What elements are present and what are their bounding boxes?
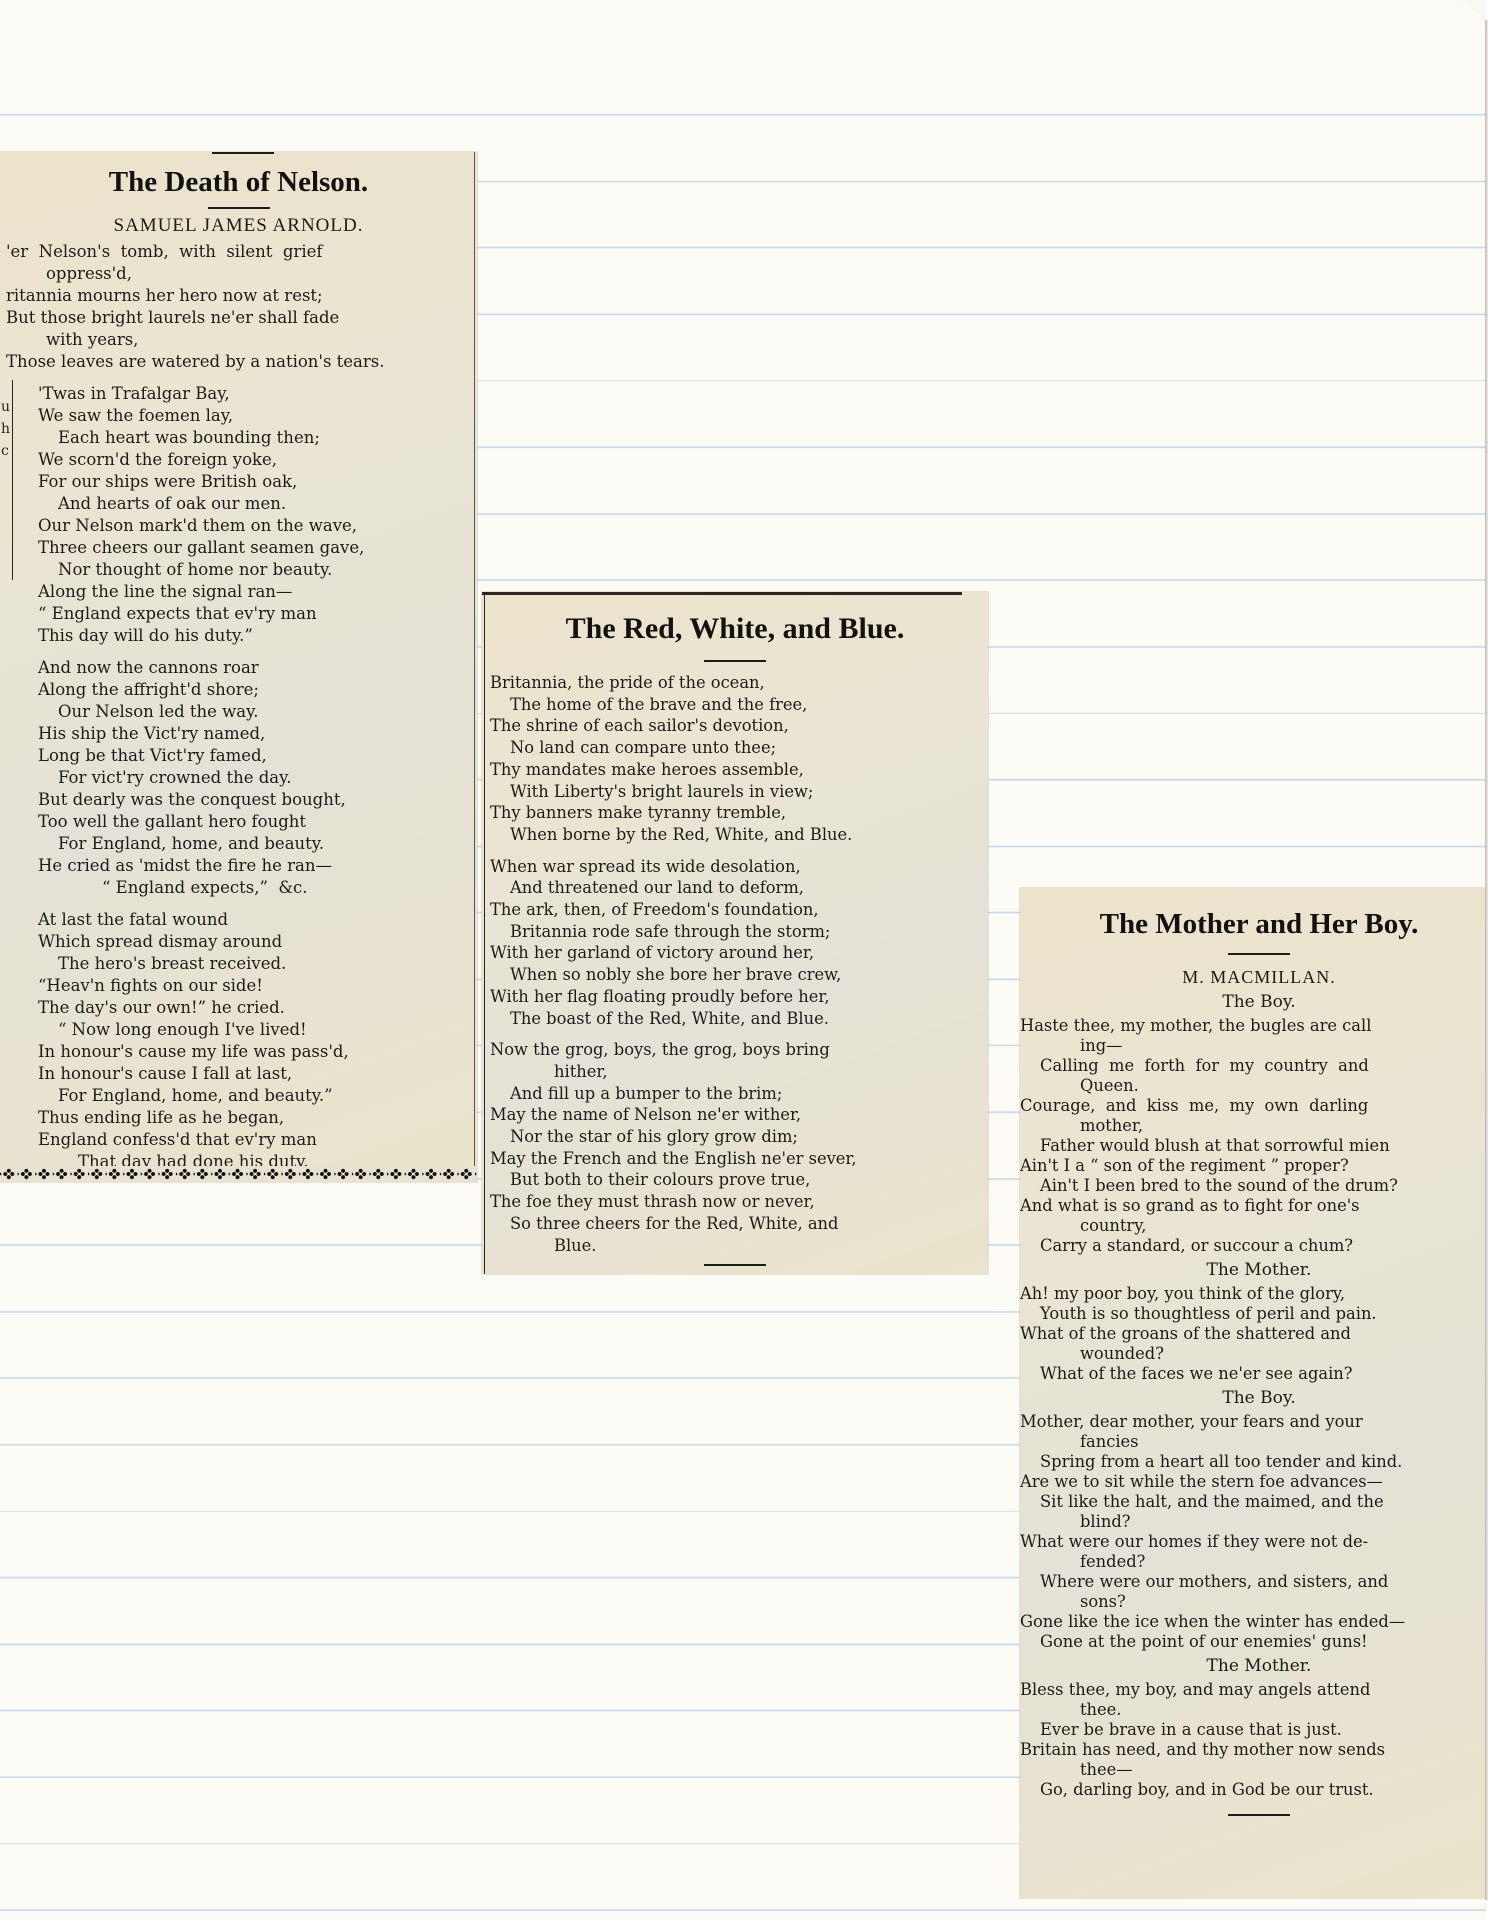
- speaker-heading: The Boy.: [1020, 990, 1498, 1014]
- poem-line: Britain has need, and thy mother now sen…: [1020, 1740, 1498, 1760]
- poem-body: 'er Nelson's tomb, with silent griefoppr…: [0, 241, 477, 1173]
- column-rule: [12, 380, 13, 580]
- poem-line: We saw the foemen lay,: [38, 405, 477, 427]
- poem-line: 'Twas in Trafalgar Bay,: [38, 383, 477, 405]
- poem-line: The ark, then, of Freedom's foundation,: [490, 899, 988, 921]
- poem-line: Each heart was bounding then;: [38, 427, 477, 449]
- poem-line: “ England expects that ev'ry man: [38, 603, 477, 625]
- stanza: Bless thee, my boy, and may angels atten…: [1020, 1680, 1498, 1800]
- stanza: When war spread its wide desolation,And …: [490, 856, 988, 1030]
- poem-line: Haste thee, my mother, the bugles are ca…: [1020, 1016, 1498, 1036]
- poem-line: blind?: [1020, 1512, 1498, 1532]
- poem-line: The shrine of each sailor's devotion,: [490, 715, 988, 737]
- poem-line: England confess'd that ev'ry man: [38, 1129, 477, 1151]
- poem-line: fancies: [1020, 1432, 1498, 1452]
- poem-line: With Liberty's bright laurels in view;: [490, 781, 988, 803]
- poem-line: For our ships were British oak,: [38, 471, 477, 493]
- poem-line: He cried as 'midst the fire he ran—: [38, 855, 477, 877]
- page-edge-shadow: [1485, 20, 1488, 1900]
- speaker-heading: The Boy.: [1020, 1386, 1498, 1410]
- clipping-death-of-nelson: u h c The Death of Nelson. SAMUEL JAMES …: [0, 152, 477, 1182]
- top-rule: [482, 592, 962, 595]
- poem-line: ing—: [1020, 1036, 1498, 1056]
- poem-title: The Red, White, and Blue.: [482, 612, 988, 646]
- poem-line: Britannia, the pride of the ocean,: [490, 672, 988, 694]
- poem-line: Father would blush at that sorrowful mie…: [1020, 1136, 1498, 1156]
- poem-line: In honour's cause I fall at last,: [38, 1063, 477, 1085]
- stanza: Ah! my poor boy, you think of the glory,…: [1020, 1284, 1498, 1384]
- poem-line: Blue.: [490, 1235, 988, 1257]
- poem-line: Too well the gallant hero fought: [38, 811, 477, 833]
- poem-line: fended?: [1020, 1552, 1498, 1572]
- poem-line: What of the faces we ne'er see again?: [1020, 1364, 1498, 1384]
- stanza: Haste thee, my mother, the bugles are ca…: [1020, 1016, 1498, 1256]
- margin-fragment: h: [1, 421, 10, 437]
- poem-line: 'er Nelson's tomb, with silent grief: [6, 241, 477, 263]
- poem-line: Gone like the ice when the winter has en…: [1020, 1612, 1498, 1632]
- poem-line: Those leaves are watered by a nation's t…: [6, 351, 477, 373]
- poem-line: Gone at the point of our enemies' guns!: [1020, 1632, 1498, 1652]
- poem-line: Mother, dear mother, your fears and your: [1020, 1412, 1498, 1432]
- clipping-mother-and-her-boy: The Mother and Her Boy. M. MACMILLAN. Th…: [1020, 888, 1498, 1898]
- clipping-red-white-and-blue: The Red, White, and Blue. Britannia, the…: [482, 592, 988, 1274]
- ornamental-border: [0, 1166, 477, 1182]
- poem-line: “Heav'n fights on our side!: [38, 975, 477, 997]
- poem-line: Sit like the halt, and the maimed, and t…: [1020, 1492, 1498, 1512]
- poem-line: The day's our own!” he cried.: [38, 997, 477, 1019]
- poem-line: Where were our mothers, and sisters, and: [1020, 1572, 1498, 1592]
- poem-line: Spring from a heart all too tender and k…: [1020, 1452, 1498, 1472]
- poem-line: hither,: [490, 1061, 988, 1083]
- poem-line: thee.: [1020, 1700, 1498, 1720]
- poem-line: And now the cannons roar: [38, 657, 477, 679]
- poem-line: Thus ending life as he began,: [38, 1107, 477, 1129]
- poem-line: When borne by the Red, White, and Blue.: [490, 824, 988, 846]
- poem-line: Three cheers our gallant seamen gave,: [38, 537, 477, 559]
- poem-line: Youth is so thoughtless of peril and pai…: [1020, 1304, 1498, 1324]
- poem-line: Along the line the signal ran—: [38, 581, 477, 603]
- stanza: And now the cannons roarAlong the affrig…: [38, 657, 477, 899]
- poem-line: But both to their colours prove true,: [490, 1169, 988, 1191]
- poem-line: No land can compare unto thee;: [490, 737, 988, 759]
- poem-line: Ain't I a “ son of the regiment ” proper…: [1020, 1156, 1498, 1176]
- poem-line: But dearly was the conquest bought,: [38, 789, 477, 811]
- poem-line: Which spread dismay around: [38, 931, 477, 953]
- poem-line: So three cheers for the Red, White, and: [490, 1213, 988, 1235]
- poem-line: “ Now long enough I've lived!: [38, 1019, 477, 1041]
- poem-line: But those bright laurels ne'er shall fad…: [6, 307, 477, 329]
- title-rule: [1228, 953, 1290, 955]
- stanza: Britannia, the pride of the ocean,The ho…: [490, 672, 988, 846]
- poem-line: Bless thee, my boy, and may angels atten…: [1020, 1680, 1498, 1700]
- title-rule: [208, 207, 270, 209]
- poem-line: Are we to sit while the stern foe advanc…: [1020, 1472, 1498, 1492]
- poem-line: Ever be brave in a cause that is just.: [1020, 1720, 1498, 1740]
- poem-line: oppress'd,: [6, 263, 477, 285]
- poem-line: Go, darling boy, and in God be our trust…: [1020, 1780, 1498, 1800]
- stanza: At last the fatal woundWhich spread dism…: [38, 909, 477, 1173]
- poem-line: Carry a standard, or succour a chum?: [1020, 1236, 1498, 1256]
- poem-line: wounded?: [1020, 1344, 1498, 1364]
- poem-line: Nor thought of home nor beauty.: [38, 559, 477, 581]
- poem-line: May the French and the English ne'er sev…: [490, 1148, 988, 1170]
- poem-line: ritannia mourns her hero now at rest;: [6, 285, 477, 307]
- poem-line: May the name of Nelson ne'er wither,: [490, 1104, 988, 1126]
- poem-line: With her garland of victory around her,: [490, 942, 988, 964]
- speaker-heading: The Mother.: [1020, 1654, 1498, 1678]
- poem-line: For England, home, and beauty.”: [38, 1085, 477, 1107]
- poem-line: When so nobly she bore her brave crew,: [490, 964, 988, 986]
- clipping-border: [474, 152, 475, 1182]
- poem-line: Our Nelson led the way.: [38, 701, 477, 723]
- poem-line: Courage, and kiss me, my own darling: [1020, 1096, 1498, 1116]
- poem-line: The hero's breast received.: [38, 953, 477, 975]
- poem-body: Britannia, the pride of the ocean,The ho…: [482, 672, 988, 1256]
- poem-line: And threatened our land to deform,: [490, 877, 988, 899]
- poem-line: And hearts of oak our men.: [38, 493, 477, 515]
- column-rule: [484, 592, 485, 1274]
- poem-line: The boast of the Red, White, and Blue.: [490, 1008, 988, 1030]
- poem-line: Queen.: [1020, 1076, 1498, 1096]
- poem-line: Ain't I been bred to the sound of the dr…: [1020, 1176, 1498, 1196]
- poem-line: At last the fatal wound: [38, 909, 477, 931]
- poem-line: With her flag floating proudly before he…: [490, 986, 988, 1008]
- poem-line: For England, home, and beauty.: [38, 833, 477, 855]
- scrapbook-page: u h c The Death of Nelson. SAMUEL JAMES …: [0, 0, 1488, 1920]
- poem-line: Ah! my poor boy, you think of the glory,: [1020, 1284, 1498, 1304]
- poem-line: mother,: [1020, 1116, 1498, 1136]
- poem-line: Calling me forth for my country and: [1020, 1056, 1498, 1076]
- poem-line: Thy banners make tyranny tremble,: [490, 802, 988, 824]
- verse-block: 'Twas in Trafalgar Bay,We saw the foemen…: [6, 383, 477, 1173]
- speaker-heading: The Mother.: [1020, 1258, 1498, 1282]
- stanza: 'Twas in Trafalgar Bay,We saw the foemen…: [38, 383, 477, 647]
- poem-title: The Death of Nelson.: [0, 166, 477, 199]
- poem-line: The home of the brave and the free,: [490, 694, 988, 716]
- end-rule: [704, 1264, 766, 1266]
- end-rule: [1228, 1814, 1290, 1816]
- poem-line: sons?: [1020, 1592, 1498, 1612]
- poem-line: Nor the star of his glory grow dim;: [490, 1126, 988, 1148]
- title-rule: [704, 660, 766, 662]
- poem-author: M. MACMILLAN.: [1020, 967, 1498, 988]
- stanza: 'er Nelson's tomb, with silent griefoppr…: [6, 241, 477, 373]
- poem-line: This day will do his duty.”: [38, 625, 477, 647]
- page-edge: [1486, 0, 1500, 1920]
- poem-line: What were our homes if they were not de-: [1020, 1532, 1498, 1552]
- poem-line: “ England expects,” &c.: [38, 877, 477, 899]
- poem-line: His ship the Vict'ry named,: [38, 723, 477, 745]
- poem-line: And fill up a bumper to the brim;: [490, 1083, 988, 1105]
- poem-line: The foe they must thrash now or never,: [490, 1191, 988, 1213]
- poem-line: We scorn'd the foreign yoke,: [38, 449, 477, 471]
- top-rule: [212, 152, 274, 154]
- poem-line: When war spread its wide desolation,: [490, 856, 988, 878]
- poem-body: The Boy.Haste thee, my mother, the bugle…: [1020, 990, 1498, 1800]
- poem-line: Our Nelson mark'd them on the wave,: [38, 515, 477, 537]
- poem-line: In honour's cause my life was pass'd,: [38, 1041, 477, 1063]
- poem-title: The Mother and Her Boy.: [1020, 908, 1498, 941]
- poem-line: Along the affright'd shore;: [38, 679, 477, 701]
- poem-line: Thy mandates make heroes assemble,: [490, 759, 988, 781]
- stanza: Mother, dear mother, your fears and your…: [1020, 1412, 1498, 1652]
- poem-line: Long be that Vict'ry famed,: [38, 745, 477, 767]
- stanza: Now the grog, boys, the grog, boys bring…: [490, 1039, 988, 1256]
- poem-line: with years,: [6, 329, 477, 351]
- margin-fragment: u: [1, 399, 10, 415]
- poem-author: SAMUEL JAMES ARNOLD.: [0, 215, 477, 237]
- poem-line: What of the groans of the shattered and: [1020, 1324, 1498, 1344]
- poem-line: And what is so grand as to fight for one…: [1020, 1196, 1498, 1216]
- poem-line: Britannia rode safe through the storm;: [490, 921, 988, 943]
- margin-fragment: c: [1, 443, 9, 459]
- poem-line: Now the grog, boys, the grog, boys bring: [490, 1039, 988, 1061]
- poem-line: For vict'ry crowned the day.: [38, 767, 477, 789]
- poem-line: thee—: [1020, 1760, 1498, 1780]
- poem-line: country,: [1020, 1216, 1498, 1236]
